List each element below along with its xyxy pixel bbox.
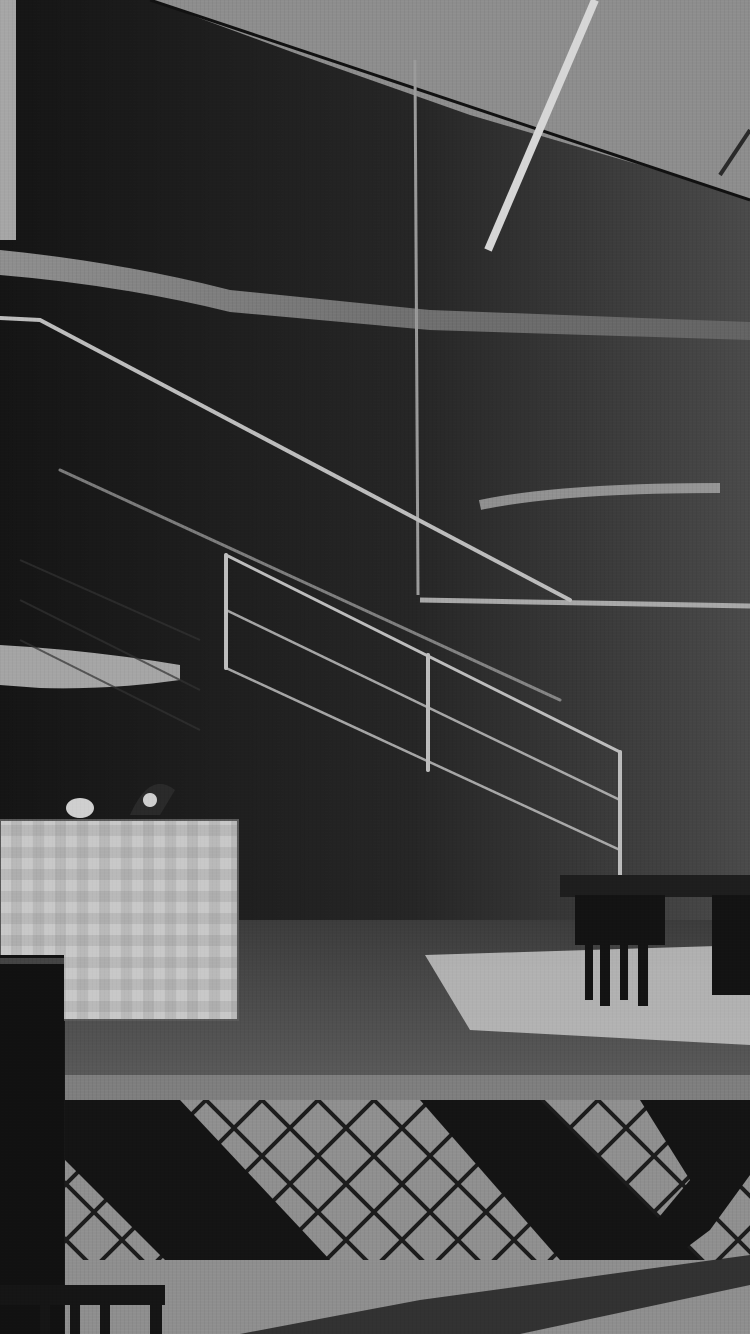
photo-canvas (0, 0, 750, 1334)
photograph: Black-and-white photograph of a modernis… (0, 0, 750, 1334)
lattice-balustrade (65, 1100, 750, 1260)
balustrade-ledge (65, 1075, 750, 1103)
